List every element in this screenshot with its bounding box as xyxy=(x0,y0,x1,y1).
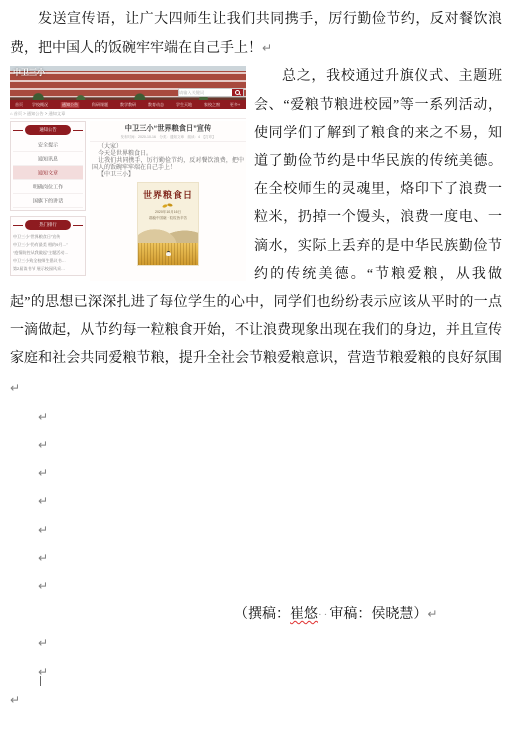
space-formatting-marks: ·· xyxy=(318,609,329,621)
sidebar-menu-item: 通知文章 xyxy=(13,166,83,180)
sidebar-menu-item: 明确岗位工作 xyxy=(13,180,83,194)
author-name: 崔悠 xyxy=(290,607,318,622)
paragraph-return-mark: ↵ xyxy=(38,494,48,508)
breadcrumb-text: 首页 > 通知公告 > 通知文章 xyxy=(14,112,66,116)
sidebar-menu-ribbon: 通知公告 xyxy=(25,125,71,135)
article-title: 中卫三小“世界粮食日”宣传 xyxy=(90,121,246,133)
website-header-banner: 中卫三小 请输入关键词 xyxy=(10,66,246,100)
website-nav-item: 教学教研 xyxy=(120,102,136,108)
sidebar-hot-item: 第2届读书节 展示校园风采… xyxy=(13,265,83,273)
sidebar-menu-list: 安全提示通知讯息通知文章明确岗位工作国旗下的讲话 xyxy=(13,138,83,208)
signature-prefix: （撰稿： xyxy=(234,607,290,622)
poster-title: 世界粮食日 xyxy=(138,188,198,201)
sidebar-hot-item: “疫情防控从我做起”主题活动… xyxy=(13,249,83,257)
website-breadcrumb: ⌂ 首页 > 通知公告 > 通知文章 xyxy=(10,109,246,119)
paragraph-return-mark: ↵ xyxy=(262,41,272,55)
text-cursor xyxy=(40,676,41,686)
article-body-line: 让我们共同携手，厉行勤俭节约，反对餐饮浪费，把中国人的饭碗牢牢端在自己手上！ xyxy=(92,158,244,172)
empty-paragraph: ↵ xyxy=(10,431,502,459)
website-nav-item: 首页 xyxy=(15,102,23,108)
paragraph-return-mark: ↵ xyxy=(10,381,20,395)
sidebar-menu-box: 通知公告 安全提示通知讯息通知文章明确岗位工作国旗下的讲话 xyxy=(10,121,86,211)
sidebar-hot-ribbon: 热门排行 xyxy=(25,220,71,230)
signature-middle: 审稿： xyxy=(329,607,371,622)
sidebar-hot-item: 中卫三小“世界粮食日”宣传 xyxy=(13,233,83,241)
paragraph-return-mark: ↵ xyxy=(427,607,437,621)
empty-paragraph: ↵ xyxy=(10,403,502,431)
paragraph-return-mark: ↵ xyxy=(38,636,48,650)
world-food-day-poster: 世界粮食日 2020年10月16日 端稳中国碗 · 粒粒皆辛苦 xyxy=(137,182,199,266)
paragraph-main: 中卫三小 请输入关键词 首页学校概况通知公告科研课题教学教研教育动态学生天地家校… xyxy=(10,63,502,402)
sidebar-menu-item: 安全提示 xyxy=(13,138,83,152)
sidebar-hot-item: 中卫三小“仍有最美 相约9月…” xyxy=(13,241,83,249)
website-sidebar: 通知公告 安全提示通知讯息通知文章明确岗位工作国旗下的讲话 热门排行 中卫三小“… xyxy=(10,121,86,281)
sidebar-menu-item: 通知讯息 xyxy=(13,152,83,166)
website-search-button xyxy=(232,89,243,96)
website-nav-item: 学校概况 xyxy=(32,102,48,108)
signature-suffix: ） xyxy=(413,607,427,622)
sidebar-hot-list: 中卫三小“世界粮食日”宣传中卫三小“仍有最美 相约9月…”“疫情防控从我做起”主… xyxy=(13,233,83,273)
empty-paragraph: ↵ xyxy=(10,658,502,686)
signature-line: （撰稿：崔悠··审稿：侯晓慧）↵ xyxy=(10,600,502,629)
website-nav-item: 更多+ xyxy=(230,102,240,108)
wheat-icon xyxy=(162,202,174,209)
reviewer-name: 侯晓慧 xyxy=(371,607,413,622)
paragraph-intro-text: 发送宣传语，让广大四师生让我们共同携手，厉行勤俭节约，反对餐饮浪费，把中国人的饭… xyxy=(10,12,502,56)
paragraph-return-mark: ↵ xyxy=(38,523,48,537)
website-site-name: 中卫三小 xyxy=(13,67,45,78)
sidebar-hot-title: 热门排行 xyxy=(39,222,56,228)
paragraph-intro: 发送宣传语，让广大四师生让我们共同携手，厉行勤俭节约，反对餐饮浪费，把中国人的饭… xyxy=(10,6,502,63)
paragraph-return-mark: ↵ xyxy=(38,466,48,480)
article-meta: 发布时间：2020-10-16 分类：通知文章 阅读：4 【打印】 xyxy=(90,133,246,142)
sidebar-hot-item: 中卫三小致全校师生倡议书… xyxy=(13,257,83,265)
website-nav-item: 科研课题 xyxy=(92,102,108,108)
website-nav-item: 教育动态 xyxy=(148,102,164,108)
embedded-website-screenshot[interactable]: 中卫三小 请输入关键词 首页学校概况通知公告科研课题教学教研教育动态学生天地家校… xyxy=(10,66,246,286)
website-article: 中卫三小“世界粮食日”宣传 发布时间：2020-10-16 分类：通知文章 阅读… xyxy=(90,121,246,281)
paragraph-return-mark: ↵ xyxy=(38,438,48,452)
website-nav-item: 通知公告 xyxy=(61,102,80,108)
empty-paragraph: ↵ xyxy=(10,544,502,572)
empty-paragraph: ↵ xyxy=(10,629,502,657)
sidebar-menu-title: 通知公告 xyxy=(39,127,56,133)
website-nav-item: 学生天地 xyxy=(176,102,192,108)
article-body-line: 【中卫三小】 xyxy=(92,172,244,179)
sidebar-hot-box: 热门排行 中卫三小“世界粮食日”宣传中卫三小“仍有最美 相约9月…”“疫情防控从… xyxy=(10,216,86,276)
empty-paragraph: ↵ xyxy=(10,572,502,600)
article-body: （大家）今天是世界粮食日。让我们共同携手，厉行勤俭节约，反对餐饮浪费，把中国人的… xyxy=(90,144,246,179)
final-empty-paragraph: ↵ xyxy=(10,686,502,714)
empty-paragraph: ↵ xyxy=(10,487,502,515)
sidebar-menu-item: 国旗下的讲话 xyxy=(13,194,83,208)
paragraph-return-mark: ↵ xyxy=(38,551,48,565)
empty-paragraph: ↵ xyxy=(10,516,502,544)
empty-paragraph: ↵ xyxy=(10,459,502,487)
website-search-bar: 请输入关键词 xyxy=(178,88,244,97)
word-document-page: 发送宣传语，让广大四师生让我们共同携手，厉行勤俭节约，反对餐饮浪费，把中国人的饭… xyxy=(0,0,512,736)
website-nav-bar: 首页学校概况通知公告科研课题教学教研教育动态学生天地家校之窗更多+ xyxy=(10,100,246,109)
website-search-placeholder: 请输入关键词 xyxy=(179,90,211,96)
paragraph-return-mark: ↵ xyxy=(38,579,48,593)
website-content-columns: 通知公告 安全提示通知讯息通知文章明确岗位工作国旗下的讲话 热门排行 中卫三小“… xyxy=(10,119,246,281)
paragraph-return-mark: ↵ xyxy=(38,410,48,424)
search-icon xyxy=(235,90,240,95)
website-nav-item: 家校之窗 xyxy=(204,102,220,108)
poster-mountains xyxy=(138,219,198,245)
